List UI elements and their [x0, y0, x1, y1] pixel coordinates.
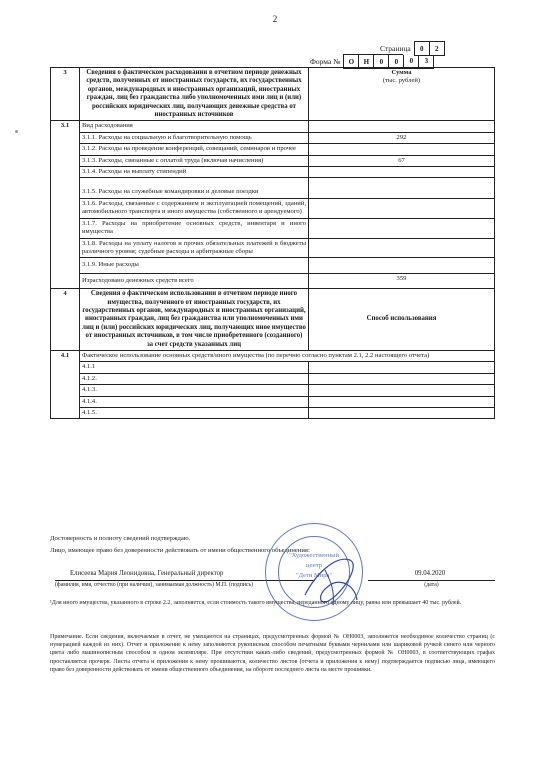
row-label: 3.1.7. Расходы на приобретение основных …	[80, 218, 309, 238]
section31-title: Вид расходования	[80, 121, 309, 132]
row-label: 3.1.8. Расходы на уплату налогов и прочи…	[80, 238, 309, 258]
section31-number: 3.1	[51, 121, 80, 289]
row-label: 3.1.9. Иные расходы	[80, 258, 309, 273]
row-label: 3.1.1. Расходы на социальную и благотвор…	[80, 132, 309, 143]
row-label: 4.1.3.	[80, 385, 309, 396]
footnote: ¹Для иного имущества, указанного в строк…	[50, 599, 495, 607]
row-label: 3.1.3. Расходы, связанные с оплатой труд…	[80, 155, 309, 166]
report-table: 3 Сведения о фактическом расходовании в …	[50, 67, 495, 419]
row-label: 3.1.4. Расходы на выплату стипендий	[80, 167, 309, 178]
row-value[interactable]	[309, 178, 495, 198]
row-value[interactable]	[309, 258, 495, 273]
scan-speck	[15, 130, 18, 133]
signer-name: Елисеева Мария Леонидовна, Генеральный д…	[70, 570, 223, 577]
row-value[interactable]	[309, 396, 495, 407]
section3-title: Сведения о фактическом расходовании в от…	[80, 68, 309, 121]
section3-number: 3	[51, 68, 80, 121]
table-row: 3.1.9. Иные расходы	[51, 258, 495, 273]
table-row: Израсходовано денежных средств всего359	[51, 273, 495, 288]
date-caption: (дата)	[368, 582, 495, 588]
row-value[interactable]: 292	[309, 132, 495, 143]
table-row: 3.1.5. Расходы на служебные командировки…	[51, 178, 495, 198]
table-row: 4.1 Фактическое использование основных с…	[51, 350, 495, 361]
signature-caption: (фамилия, имя, отчество (при наличии), з…	[55, 582, 253, 588]
section4-header: 4 Сведения о фактическом использовании в…	[51, 289, 495, 351]
confirmation-text: Достоверность и полноту сведений подтвер…	[50, 535, 190, 542]
row-label: 3.1.6. Расходы, связанные с содержанием …	[80, 198, 309, 218]
row-value[interactable]	[309, 373, 495, 384]
usage-header: Способ использования	[309, 289, 495, 351]
row-label: 4.1.4.	[80, 396, 309, 407]
form-label: Форма №	[310, 57, 340, 66]
section4-number: 4	[51, 289, 80, 351]
table-row: 4.1.5.	[51, 408, 495, 419]
row-value[interactable]	[309, 144, 495, 155]
signature-date: 09.04.2020	[365, 570, 495, 577]
table-row: 3.1.2. Расходы на проведение конференций…	[51, 144, 495, 155]
table-row: 3.1.8. Расходы на уплату налогов и прочи…	[51, 238, 495, 258]
row-label: 3.1.5. Расходы на служебные командировки…	[80, 178, 309, 198]
section41-title: Фактическое использование основных средс…	[80, 350, 495, 361]
row-label: 3.1.2. Расходы на проведение конференций…	[80, 144, 309, 155]
table-row: 3.1.4. Расходы на выплату стипендий	[51, 167, 495, 178]
section3-header: 3 Сведения о фактическом расходовании в …	[51, 68, 495, 121]
row-value[interactable]	[309, 385, 495, 396]
row-value[interactable]	[309, 408, 495, 419]
sum-unit: (тыс. рублей)	[311, 77, 492, 85]
table-row: 3.1.3. Расходы, связанные с оплатой труд…	[51, 155, 495, 166]
section4-title: Сведения о фактическом использовании в о…	[80, 289, 309, 351]
sum-header: Сумма (тыс. рублей)	[309, 68, 495, 121]
row-value[interactable]: 67	[309, 155, 495, 166]
page-number: 2	[0, 14, 550, 24]
row-label: 4.1.5.	[80, 408, 309, 419]
table-row: 3.1 Вид расходования	[51, 121, 495, 132]
row-value[interactable]	[309, 362, 495, 373]
note: Примечание. Если сведения, включаемые в …	[50, 633, 495, 674]
row-label: 4.1.1	[80, 362, 309, 373]
table-row: 4.1.1	[51, 362, 495, 373]
date-line	[368, 580, 495, 581]
row-label: 4.1.2.	[80, 373, 309, 384]
table-row: 4.1.3.	[51, 385, 495, 396]
row-value[interactable]	[309, 218, 495, 238]
table-row: 3.1.6. Расходы, связанные с содержанием …	[51, 198, 495, 218]
total-value[interactable]: 359	[309, 273, 495, 288]
section41-number: 4.1	[51, 350, 80, 418]
total-label: Израсходовано денежных средств всего	[80, 273, 309, 288]
table-row: 3.1.7. Расходы на приобретение основных …	[51, 218, 495, 238]
row-value[interactable]	[309, 238, 495, 258]
table-row: 4.1.2.	[51, 373, 495, 384]
sum-title: Сумма	[311, 69, 492, 77]
empty-cell	[309, 121, 495, 132]
row-value[interactable]	[309, 167, 495, 178]
row-value[interactable]	[309, 198, 495, 218]
table-row: 4.1.4.	[51, 396, 495, 407]
page-label: Страница	[380, 44, 411, 53]
table-row: 3.1.1. Расходы на социальную и благотвор…	[51, 132, 495, 143]
